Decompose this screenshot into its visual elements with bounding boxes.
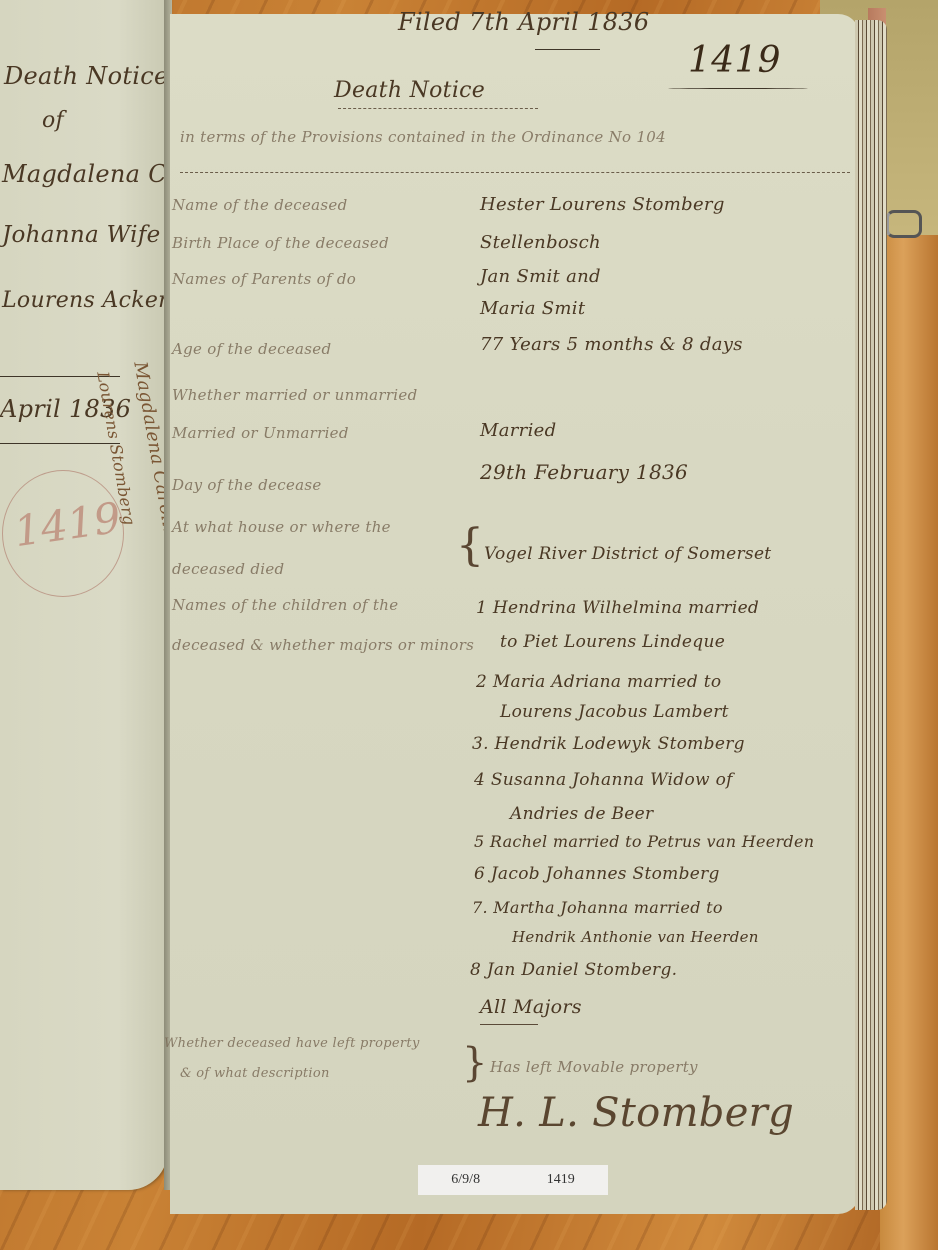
wooden-board [880, 235, 938, 1250]
child-4-line-2: Andries de Beer [510, 804, 653, 824]
left-rule-2 [0, 443, 120, 444]
value-day-of-decease: 29th February 1836 [480, 460, 688, 484]
value-age: 77 Years 5 months & 8 days [480, 334, 743, 355]
label-property-2: & of what description [180, 1066, 330, 1081]
archive-label: 6/9/8 1419 [418, 1165, 608, 1195]
label-house: At what house or where the [172, 518, 391, 536]
left-title-line-1: Death Notice [4, 62, 169, 90]
child-1-line-2: to Piet Lourens Lindeque [500, 632, 725, 652]
label-name: Name of the deceased [172, 196, 348, 214]
page-number: 1419 [688, 40, 781, 81]
label-children: Names of the children of the [172, 596, 398, 614]
child-2-line-1: 2 Maria Adriana married to [476, 672, 721, 692]
label-majors-minors: deceased & whether majors or minors [172, 636, 474, 654]
majors-note: All Majors [480, 996, 582, 1018]
label-parents: Names of Parents of do [172, 270, 356, 288]
child-7-line-1: 7. Martha Johanna married to [472, 898, 723, 917]
archive-number: 1419 [547, 1172, 575, 1188]
label-birth-place: Birth Place of the deceased [172, 234, 389, 252]
title-dashed-underline [338, 108, 538, 109]
archive-reference: 6/9/8 [451, 1172, 480, 1188]
left-title-line-2: of [42, 108, 64, 133]
label-deceased-died: deceased died [172, 560, 284, 578]
value-married: Married [480, 420, 556, 441]
label-property-1: Whether deceased have left property [164, 1036, 420, 1051]
child-8: 8 Jan Daniel Stomberg. [470, 960, 677, 980]
value-parents-1: Jan Smit and [480, 266, 601, 287]
child-6: 6 Jacob Johannes Stomberg [474, 864, 720, 884]
label-age: Age of the deceased [172, 340, 331, 358]
value-property: Has left Movable property [490, 1058, 698, 1076]
child-2-line-2: Lourens Jacobus Lambert [500, 702, 729, 722]
label-married: Married or Unmarried [172, 424, 349, 442]
signature: H. L. Stomberg [478, 1090, 794, 1136]
filed-date-header: Filed 7th April 1836 [398, 8, 649, 36]
value-name: Hester Lourens Stomberg [480, 194, 725, 215]
label-married-question: Whether married or unmarried [172, 386, 418, 404]
metal-clip [886, 210, 922, 238]
label-day-of-decease: Day of the decease [172, 476, 322, 494]
child-5: 5 Rachel married to Petrus van Heerden [474, 832, 814, 851]
child-3: 3. Hendrik Lodewyk Stomberg [472, 734, 745, 754]
page-number-flourish [668, 88, 808, 89]
page-edges [855, 20, 887, 1210]
page-title: Death Notice [334, 78, 485, 103]
ordinance-subtitle: in terms of the Provisions contained in … [180, 128, 666, 146]
majors-underline [480, 1024, 538, 1025]
child-1-line-1: 1 Hendrina Wilhelmina married [476, 598, 759, 618]
value-birth-place: Stellenbosch [480, 232, 601, 253]
left-title-line-4: Johanna Wife of [2, 222, 191, 248]
child-7-line-2: Hendrik Anthonie van Heerden [512, 928, 759, 946]
brace-property: } [462, 1040, 487, 1086]
brace-place: { [456, 520, 484, 571]
value-place: Vogel River District of Somerset [484, 544, 771, 564]
filed-underline [535, 49, 600, 50]
subtitle-dashed-rule [180, 172, 850, 173]
value-parents-2: Maria Smit [480, 298, 585, 319]
child-4-line-1: 4 Susanna Johanna Widow of [474, 770, 733, 790]
